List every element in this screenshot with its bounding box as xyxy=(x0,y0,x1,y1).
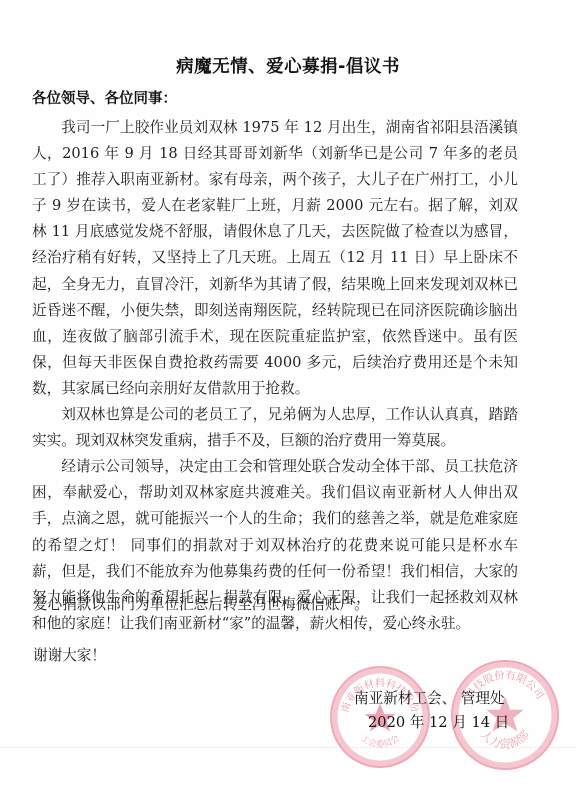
document-body: 我司一厂上胶作业员刘双林 1975 年 12 月出生，湖南省祁阳县浯溪镇人，20… xyxy=(32,115,518,637)
donation-note: 爱心捐款以部门为单位汇总后转至冯世梅微信账户。 xyxy=(33,592,369,618)
scan-artifact-divider xyxy=(0,747,576,748)
thanks-line: 谢谢大家！ xyxy=(33,643,106,669)
document-page: 病魔无情、爱心募捐-倡议书 各位领导、各位同事： 我司一厂上胶作业员刘双林 19… xyxy=(0,0,576,789)
document-title: 病魔无情、爱心募捐-倡议书 xyxy=(0,53,576,78)
paragraph-background: 刘双林也算是公司的老员工了，兄弟俩为人忠厚，工作认认真真，踏踏实实。现刘双林突发… xyxy=(32,402,518,454)
paragraph-situation: 我司一厂上胶作业员刘双林 1975 年 12 月出生，湖南省祁阳县浯溪镇人，20… xyxy=(32,115,518,402)
signature-organization: 南亚新材工会、 管理处 xyxy=(346,687,506,711)
signature-date: 2020 年 12 月 14 日 xyxy=(346,711,506,735)
salutation: 各位领导、各位同事： xyxy=(32,87,177,108)
signature-block: 南亚新材工会、 管理处 2020 年 12 月 14 日 xyxy=(346,687,506,735)
